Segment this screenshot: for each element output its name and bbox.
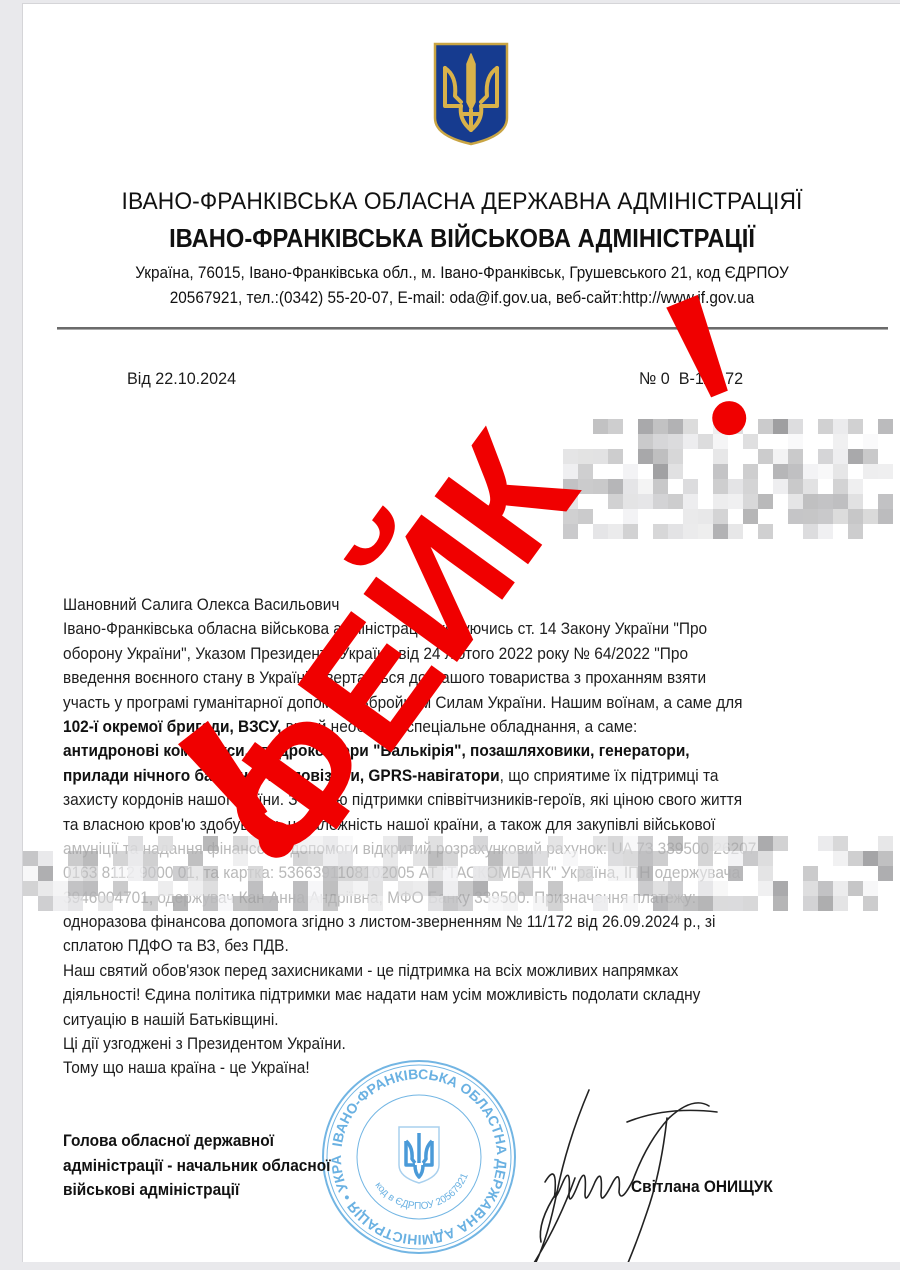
- pixel-block: [428, 866, 443, 881]
- salutation: Шановний Салига Олекса Васильович: [63, 593, 339, 617]
- pixel-block: [488, 866, 503, 881]
- pixel-block: [668, 881, 683, 896]
- pixel-block: [458, 896, 473, 911]
- pixel-block: [758, 494, 773, 509]
- pixel-block: [323, 836, 338, 851]
- pixel-block: [488, 851, 503, 866]
- pixel-block: [23, 851, 38, 866]
- pixel-block: [713, 464, 728, 479]
- letter-date: Від 22.10.2024: [127, 369, 236, 389]
- pixel-block: [848, 479, 863, 494]
- pixelated-bank-details: [23, 836, 900, 908]
- pixelated-recipient-block: [563, 419, 900, 539]
- pixel-block: [668, 836, 683, 851]
- pixel-block: [533, 896, 548, 911]
- pixel-block: [638, 434, 653, 449]
- signatory-title-line-1: Голова обласної державної: [63, 1129, 330, 1154]
- pixel-block: [713, 494, 728, 509]
- pixel-block: [338, 851, 353, 866]
- body-text: , що сприятиме їх підтримці та: [500, 766, 719, 785]
- pixel-block: [848, 524, 863, 539]
- pixel-block: [113, 866, 128, 881]
- pixel-block: [413, 851, 428, 866]
- pixel-block: [578, 449, 593, 464]
- pixel-block: [338, 866, 353, 881]
- pixel-block: [713, 449, 728, 464]
- body-line: одноразова фінансова допомога згідно з л…: [63, 910, 715, 934]
- body-line: участь у програмі гуманітарної допомоги …: [63, 691, 743, 715]
- pixel-block: [443, 881, 458, 896]
- pixel-block: [743, 509, 758, 524]
- body-line: Ці дії узгоджені з Президентом України.: [63, 1032, 346, 1056]
- pixel-block: [608, 419, 623, 434]
- pixel-block: [713, 524, 728, 539]
- pixel-block: [38, 866, 53, 881]
- pixel-block: [143, 866, 158, 881]
- equipment-list-cont: прилади нічного бачення, тепловізори, GP…: [63, 766, 500, 785]
- pixel-block: [773, 836, 788, 851]
- pixel-block: [863, 896, 878, 911]
- body-line: Тому що наша країна - це Україна!: [63, 1056, 310, 1080]
- pixel-block: [758, 881, 773, 896]
- pixel-block: [638, 881, 653, 896]
- pixel-block: [668, 896, 683, 911]
- pixel-block: [608, 479, 623, 494]
- pixel-block: [773, 881, 788, 896]
- pixel-block: [758, 449, 773, 464]
- org-name-line-2: ІВАНО-ФРАНКІВСЬКА ВІЙСЬКОВА АДМІНІСТРАЦІ…: [54, 225, 871, 254]
- pixel-block: [848, 419, 863, 434]
- body-line: діяльності! Єдина політика підтримки має…: [63, 983, 700, 1007]
- pixel-block: [713, 509, 728, 524]
- pixel-block: [623, 836, 638, 851]
- pixel-block: [638, 479, 653, 494]
- pixel-block: [818, 836, 833, 851]
- pixel-block: [833, 449, 848, 464]
- pixel-block: [728, 836, 743, 851]
- body-line: антидронові комплекси, квадрокоптери "Ва…: [63, 739, 690, 763]
- pixel-block: [623, 851, 638, 866]
- pixel-block: [548, 881, 563, 896]
- pixel-block: [233, 896, 248, 911]
- pixel-block: [608, 494, 623, 509]
- pixel-block: [653, 494, 668, 509]
- pixel-block: [788, 494, 803, 509]
- pixel-block: [788, 464, 803, 479]
- pixel-block: [638, 866, 653, 881]
- pixel-block: [323, 866, 338, 881]
- pixel-block: [818, 449, 833, 464]
- pixel-block: [728, 851, 743, 866]
- body-line: сплатою ПДФО та ВЗ, без ПДВ.: [63, 934, 289, 958]
- pixel-block: [593, 836, 608, 851]
- svg-text:ІВАНО-ФРАНКІВСЬКА ОБЛАСТНА ДЕР: ІВАНО-ФРАНКІВСЬКА ОБЛАСТНА ДЕРЖАВНА АДМІ…: [319, 1057, 510, 1248]
- pixel-block: [698, 881, 713, 896]
- body-line: прилади нічного бачення, тепловізори, GP…: [63, 764, 718, 788]
- pixel-block: [563, 851, 578, 866]
- pixel-block: [878, 419, 893, 434]
- pixel-block: [263, 896, 278, 911]
- org-address-line-1: Україна, 76015, Івано-Франківська обл., …: [54, 264, 871, 283]
- header-divider: [57, 327, 888, 330]
- pixel-block: [698, 509, 713, 524]
- pixel-block: [368, 866, 383, 881]
- pixel-block: [818, 881, 833, 896]
- pixel-block: [248, 881, 263, 896]
- pixel-block: [473, 836, 488, 851]
- pixel-block: [743, 434, 758, 449]
- pixel-block: [713, 881, 728, 896]
- pixel-block: [818, 896, 833, 911]
- pixel-block: [728, 524, 743, 539]
- body-line: захисту кордонів нашої країни. З метою п…: [63, 788, 742, 812]
- pixel-block: [728, 896, 743, 911]
- pixel-block: [533, 851, 548, 866]
- pixel-block: [203, 836, 218, 851]
- pixel-block: [863, 464, 878, 479]
- pixel-block: [833, 494, 848, 509]
- pixel-block: [473, 881, 488, 896]
- pixel-block: [833, 896, 848, 911]
- pixel-block: [398, 881, 413, 896]
- pixel-block: [248, 896, 263, 911]
- pixel-block: [653, 464, 668, 479]
- stamp-inner-text: код в ЄДРПОУ 20567921: [373, 1171, 471, 1212]
- pixel-block: [638, 449, 653, 464]
- pixel-block: [263, 836, 278, 851]
- pixel-block: [383, 866, 398, 881]
- pixel-block: [188, 866, 203, 881]
- pixel-block: [818, 524, 833, 539]
- pixel-block: [248, 836, 263, 851]
- pixel-block: [698, 836, 713, 851]
- pixel-block: [788, 509, 803, 524]
- pixel-block: [788, 479, 803, 494]
- pixel-block: [833, 881, 848, 896]
- pixel-block: [203, 896, 218, 911]
- pixel-block: [803, 866, 818, 881]
- pixel-block: [503, 896, 518, 911]
- pixel-block: [338, 881, 353, 896]
- pixel-block: [158, 881, 173, 896]
- pixel-block: [428, 851, 443, 866]
- pixel-block: [863, 881, 878, 896]
- pixel-block: [23, 866, 38, 881]
- pixel-block: [878, 851, 893, 866]
- body-line: оборону України", Указом Президента Укра…: [63, 642, 688, 666]
- stamp-tryzub-icon: [399, 1127, 439, 1183]
- pixel-block: [698, 434, 713, 449]
- pixel-block: [53, 896, 68, 911]
- pixel-block: [833, 836, 848, 851]
- pixel-block: [323, 896, 338, 911]
- pixel-block: [578, 509, 593, 524]
- pixel-block: [698, 866, 713, 881]
- pixel-block: [728, 479, 743, 494]
- equipment-list: антидронові комплекси, квадрокоптери "Ва…: [63, 741, 690, 760]
- pixel-block: [653, 449, 668, 464]
- pixel-block: [383, 836, 398, 851]
- pixel-block: [83, 881, 98, 896]
- pixel-block: [443, 896, 458, 911]
- body-text: вкрай необхідне спеціальне обладнання, а…: [281, 717, 637, 736]
- pixel-block: [38, 851, 53, 866]
- pixel-block: [593, 896, 608, 911]
- pixel-block: [218, 896, 233, 911]
- pixel-block: [38, 896, 53, 911]
- pixel-block: [803, 881, 818, 896]
- pixel-block: [728, 419, 743, 434]
- brigade-name: 102-ї окремої бригади, ВЗСУ,: [63, 717, 281, 736]
- pixel-block: [758, 419, 773, 434]
- pixel-block: [683, 419, 698, 434]
- pixel-block: [818, 494, 833, 509]
- pixel-block: [788, 434, 803, 449]
- pixel-block: [668, 434, 683, 449]
- pixel-block: [743, 851, 758, 866]
- pixel-block: [443, 851, 458, 866]
- pixel-block: [878, 866, 893, 881]
- pixel-block: [713, 434, 728, 449]
- pixel-block: [788, 449, 803, 464]
- pixel-block: [293, 836, 308, 851]
- pixel-block: [578, 479, 593, 494]
- pixel-block: [203, 866, 218, 881]
- pixel-block: [773, 479, 788, 494]
- pixel-block: [128, 866, 143, 881]
- pixel-block: [758, 851, 773, 866]
- pixel-block: [188, 851, 203, 866]
- pixel-block: [698, 524, 713, 539]
- pixel-block: [683, 896, 698, 911]
- pixel-block: [743, 836, 758, 851]
- pixel-block: [863, 509, 878, 524]
- pixel-block: [578, 866, 593, 881]
- signatory-title-line-3: військові адміністрації: [63, 1178, 330, 1203]
- pixel-block: [518, 866, 533, 881]
- pixel-block: [608, 524, 623, 539]
- pixel-block: [563, 449, 578, 464]
- pixel-block: [683, 434, 698, 449]
- pixel-block: [683, 479, 698, 494]
- pixel-block: [638, 494, 653, 509]
- pixel-block: [653, 524, 668, 539]
- pixel-block: [473, 866, 488, 881]
- signatory-title: Голова обласної державної адміністрації …: [63, 1129, 330, 1203]
- pixel-block: [113, 881, 128, 896]
- pixel-block: [668, 464, 683, 479]
- pixel-block: [293, 851, 308, 866]
- pixel-block: [518, 851, 533, 866]
- letter-page: ІВАНО-ФРАНКІВСЬКА ОБЛАСНА ДЕРЖАВНА АДМІН…: [22, 3, 900, 1262]
- pixel-block: [803, 464, 818, 479]
- pixel-block: [83, 866, 98, 881]
- pixel-block: [728, 866, 743, 881]
- pixel-block: [713, 896, 728, 911]
- pixel-block: [563, 509, 578, 524]
- pixel-block: [713, 419, 728, 434]
- pixel-block: [23, 881, 38, 896]
- pixel-block: [758, 866, 773, 881]
- pixel-block: [68, 866, 83, 881]
- pixel-block: [773, 464, 788, 479]
- svg-text:код в ЄДРПОУ 20567921: код в ЄДРПОУ 20567921: [373, 1171, 471, 1212]
- pixel-block: [653, 434, 668, 449]
- pixel-block: [758, 836, 773, 851]
- pixel-block: [53, 881, 68, 896]
- pixel-block: [668, 494, 683, 509]
- pixel-block: [608, 851, 623, 866]
- pixel-block: [668, 449, 683, 464]
- pixel-block: [638, 851, 653, 866]
- pixel-block: [863, 449, 878, 464]
- pixel-block: [518, 881, 533, 896]
- pixel-block: [248, 866, 263, 881]
- pixel-block: [653, 479, 668, 494]
- pixel-block: [308, 851, 323, 866]
- pixel-block: [353, 881, 368, 896]
- pixel-block: [233, 836, 248, 851]
- pixel-block: [833, 434, 848, 449]
- pixel-block: [413, 881, 428, 896]
- pixel-block: [773, 419, 788, 434]
- pixel-block: [428, 896, 443, 911]
- pixel-block: [638, 419, 653, 434]
- pixel-block: [503, 851, 518, 866]
- pixel-block: [563, 494, 578, 509]
- letter-number-suffix: В-11/172: [679, 369, 743, 388]
- pixel-block: [68, 851, 83, 866]
- pixel-block: [698, 896, 713, 911]
- pixel-block: [713, 836, 728, 851]
- pixel-block: [788, 419, 803, 434]
- pixel-block: [713, 479, 728, 494]
- pixel-block: [653, 881, 668, 896]
- pixel-block: [803, 524, 818, 539]
- stamp-outer-text: ІВАНО-ФРАНКІВСЬКА ОБЛАСТНА ДЕРЖАВНА АДМІ…: [319, 1057, 510, 1248]
- pixel-block: [623, 509, 638, 524]
- pixel-block: [338, 836, 353, 851]
- pixel-block: [608, 449, 623, 464]
- signatory-title-line-2: адміністрації - начальник обласної: [63, 1154, 330, 1179]
- pixel-block: [758, 524, 773, 539]
- pixel-block: [683, 494, 698, 509]
- pixel-block: [623, 494, 638, 509]
- pixel-block: [668, 524, 683, 539]
- pixel-block: [848, 509, 863, 524]
- pixel-block: [293, 881, 308, 896]
- pixel-block: [623, 479, 638, 494]
- pixel-block: [623, 896, 638, 911]
- pixel-block: [563, 524, 578, 539]
- pixel-block: [743, 896, 758, 911]
- pixel-block: [668, 419, 683, 434]
- pixel-block: [623, 866, 638, 881]
- pixel-block: [773, 896, 788, 911]
- body-line: та власною кров'ю здобувають незалежніст…: [63, 813, 715, 837]
- pixel-block: [653, 896, 668, 911]
- pixel-block: [353, 866, 368, 881]
- pixel-block: [83, 851, 98, 866]
- pixel-block: [578, 464, 593, 479]
- pixel-block: [308, 881, 323, 896]
- pixel-block: [428, 881, 443, 896]
- pixel-block: [653, 851, 668, 866]
- letter-number-prefix: № 0: [639, 369, 670, 388]
- pixel-block: [38, 881, 53, 896]
- ukraine-coat-of-arms-icon: [431, 40, 511, 148]
- pixel-block: [848, 494, 863, 509]
- org-address-line-2: 20567921, тел.:(0342) 55-20-07, E-mail: …: [54, 289, 871, 308]
- pixel-block: [323, 851, 338, 866]
- pixel-block: [563, 464, 578, 479]
- pixel-block: [623, 464, 638, 479]
- pixel-block: [833, 464, 848, 479]
- pixel-block: [488, 896, 503, 911]
- pixel-block: [803, 509, 818, 524]
- pixel-block: [803, 494, 818, 509]
- pixel-block: [563, 479, 578, 494]
- pixel-block: [683, 509, 698, 524]
- pixel-block: [608, 866, 623, 881]
- pixel-block: [683, 524, 698, 539]
- body-line: 102-ї окремої бригади, ВЗСУ, вкрай необх…: [63, 715, 637, 739]
- pixel-block: [638, 836, 653, 851]
- pixel-block: [743, 494, 758, 509]
- pixel-block: [68, 896, 83, 911]
- pixel-block: [728, 494, 743, 509]
- pixel-block: [323, 881, 338, 896]
- pixel-block: [173, 866, 188, 881]
- pixel-block: [833, 479, 848, 494]
- pixel-block: [878, 836, 893, 851]
- pixel-block: [113, 851, 128, 866]
- handwritten-signature: [497, 1082, 727, 1262]
- pixel-block: [848, 851, 863, 866]
- pixel-block: [158, 836, 173, 851]
- pixel-block: [818, 419, 833, 434]
- pixel-block: [593, 449, 608, 464]
- pixel-block: [818, 509, 833, 524]
- pixel-block: [803, 896, 818, 911]
- body-line: ситуацію в нашій Батьківщині.: [63, 1008, 279, 1032]
- pixel-block: [653, 419, 668, 434]
- pixel-block: [383, 851, 398, 866]
- pixel-block: [443, 866, 458, 881]
- pixel-block: [368, 881, 383, 896]
- pixel-block: [743, 464, 758, 479]
- pixel-block: [848, 449, 863, 464]
- pixel-block: [98, 896, 113, 911]
- pixel-block: [593, 419, 608, 434]
- pixel-block: [188, 881, 203, 896]
- org-name-line-1: ІВАНО-ФРАНКІВСЬКА ОБЛАСНА ДЕРЖАВНА АДМІН…: [54, 188, 871, 216]
- signatory-name: Світлана ОНИЩУК: [631, 1177, 773, 1197]
- pixel-block: [398, 836, 413, 851]
- pixel-block: [833, 419, 848, 434]
- letter-number-hidden: [670, 369, 679, 388]
- pixel-block: [803, 479, 818, 494]
- pixel-block: [593, 479, 608, 494]
- body-line: введення воєнного стану в Україні" зверт…: [63, 666, 706, 690]
- pixel-block: [143, 896, 158, 911]
- official-stamp: ІВАНО-ФРАНКІВСЬКА ОБЛАСТНА ДЕРЖАВНА АДМІ…: [319, 1057, 519, 1257]
- pixel-block: [203, 881, 218, 896]
- pixel-block: [878, 509, 893, 524]
- pixel-block: [143, 851, 158, 866]
- body-line: Наш святий обов'язок перед захисниками -…: [63, 959, 678, 983]
- pixel-block: [878, 494, 893, 509]
